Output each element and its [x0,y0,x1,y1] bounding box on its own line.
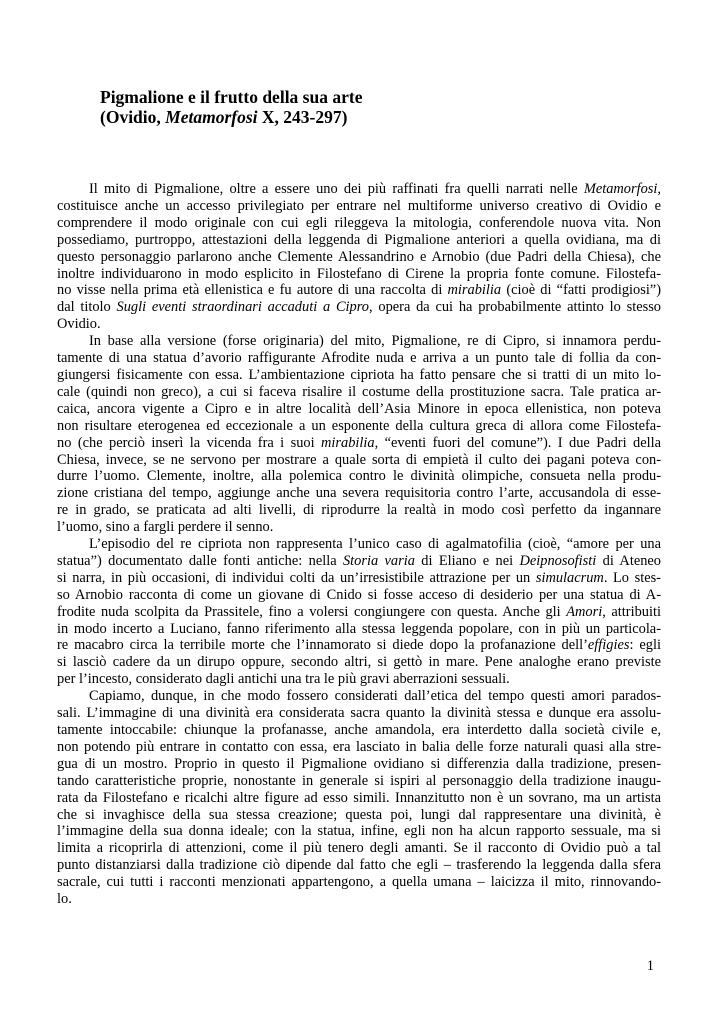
text-line: sali. L’immagine di una divinità era con… [57,705,661,722]
text-segment: Capiamo, dunque, in che modo fossero con… [89,688,661,704]
text-line: re macabro circa la terribile morte che … [57,637,661,654]
text-segment: re macabro circa la terribile morte che … [57,637,588,653]
text-segment: l’uomo, sino a fargli perdere il senno. [57,519,273,535]
text-segment: , attribuiti [602,604,661,620]
text-segment: frodite nuda scolpita da Prassitele, fin… [57,604,566,620]
italic-text-segment: Metamorfosi, [584,181,661,197]
text-line: so Arnobio racconta di come un giovane d… [57,587,661,604]
italic-text-segment: simulacrum [536,570,604,586]
text-segment: statua”) documentato dalle fonti antiche… [57,553,343,569]
text-segment: comprendere il modo originale con cui eg… [57,215,661,231]
text-line: lo. [57,891,661,908]
text-line: sacrale, cui tutti i racconti menzionati… [57,874,661,891]
text-segment: possediamo, purtroppo, attestazioni dell… [57,232,661,248]
title-line: Pigmalione e il frutto della sua arte [100,87,362,107]
text-line: no (che perciò inserì la vicenda fra i s… [57,435,661,452]
text-segment: in modo incerto a Luciano, fanno riferim… [57,621,661,637]
text-segment: no visse nella prima età ellenistica e f… [57,282,448,298]
text-line: tamente di una statua d’avorio raffigura… [57,350,661,367]
text-line: Chiesa, invece, se ne servono per mostra… [57,452,661,469]
text-line: dal titolo Sugli eventi straordinari acc… [57,299,661,316]
text-line: l’immagine della sua donna ideale; con l… [57,823,661,840]
text-line: che si invaghisce della sua stessa creaz… [57,807,661,824]
text-line: non potendo più entrare in contatto con … [57,739,661,756]
text-line: l’uomo, sino a fargli perdere il senno. [57,519,661,536]
text-segment: Ovidio. [57,316,101,332]
text-segment: Il mito di Pigmalione, oltre a essere un… [89,181,584,197]
paragraph: Capiamo, dunque, in che modo fossero con… [57,688,661,908]
text-segment: non potendo più entrare in contatto con … [57,739,661,755]
text-segment: , “eventi fuori del comune”). I due Padr… [375,435,661,451]
text-segment: cale (quindi non greco), a cui si faceva… [57,384,661,400]
italic-text-segment: Deipnosofisti [520,553,597,569]
text-segment: dal titolo [57,299,117,315]
text-segment: durre l’uomo. Clemente, inoltre, alla po… [57,468,661,484]
text-line: per l’incesto, considerato dagli antichi… [57,671,661,688]
page-number: 1 [57,958,654,975]
text-line: non risultare eterogenea ed eccezionale … [57,418,661,435]
text-segment: l’immagine della sua donna ideale; con l… [57,823,661,839]
text-segment: : egli [629,637,661,653]
text-segment: punto distanziarsi dalla tradizione ciò … [57,857,661,873]
text-line: inoltre individuarono in modo esplicito … [57,266,661,283]
text-segment: . Lo stes- [604,570,661,586]
text-segment: rata da Filostefano e ricalchi altre fig… [57,790,661,806]
italic-text-segment: Storia varia [343,553,415,569]
text-segment: Chiesa, invece, se ne servono per mostra… [57,452,661,468]
text-segment: re in grado, se praticata ad alti livell… [57,502,661,518]
text-segment: tamente di una statua d’avorio raffigura… [57,350,661,366]
text-line: possediamo, purtroppo, attestazioni dell… [57,232,661,249]
document-page: Pigmalione e il frutto della sua arte(Ov… [0,0,724,1024]
text-segment: X, 243-297) [258,107,348,127]
text-segment: inoltre individuarono in modo esplicito … [57,266,661,282]
text-line: gua di un mostro. Proprio in questo il P… [57,756,661,773]
document-body: Il mito di Pigmalione, oltre a essere un… [57,181,661,908]
text-segment: , opera da cui ha probabilmente attinto … [369,299,661,315]
text-segment: limita a ricoprirla di attenzioni, come … [57,840,661,856]
text-line: L’episodio del re cipriota non rappresen… [57,536,661,553]
text-segment: di Ateneo [596,553,661,569]
text-segment: (cioè di “fatti prodigiosi”) [501,282,661,298]
text-line: no visse nella prima età ellenistica e f… [57,282,661,299]
paragraph: L’episodio del re cipriota non rappresen… [57,536,661,688]
text-line: tando caratteristiche proprie, nonostant… [57,773,661,790]
text-line: durre l’uomo. Clemente, inoltre, alla po… [57,468,661,485]
text-segment: per l’incesto, considerato dagli antichi… [57,671,510,687]
text-segment: non risultare eterogenea ed eccezionale … [57,418,661,434]
text-line: tamente intoccabile: chiunque la profana… [57,722,661,739]
text-line: caica, ancora vigente a Cipro e in altre… [57,401,661,418]
text-segment: tando caratteristiche proprie, nonostant… [57,773,661,789]
text-segment: sali. L’immagine di una divinità era con… [57,705,661,721]
text-segment: Pigmalione e il frutto della sua arte [100,87,362,107]
text-segment: costituisce anche un accesso privilegiat… [57,198,661,214]
text-segment: tamente intoccabile: chiunque la profana… [57,722,661,738]
italic-text-segment: Metamorfosi [165,107,257,127]
italic-text-segment: Sugli eventi straordinari accaduti a Cip… [117,299,369,315]
text-segment: che si invaghisce della sua stessa creaz… [57,807,661,823]
text-line: giungersi fisicamente con essa. L’ambien… [57,367,661,384]
text-segment: L’episodio del re cipriota non rappresen… [89,536,661,552]
text-line: In base alla versione (forse originaria)… [57,333,661,350]
text-line: si narra, in più occasioni, di individui… [57,570,661,587]
text-segment: caica, ancora vigente a Cipro e in altre… [57,401,661,417]
text-segment: gua di un mostro. Proprio in questo il P… [57,756,661,772]
text-segment: lo. [57,891,72,907]
text-line: rata da Filostefano e ricalchi altre fig… [57,790,661,807]
text-segment: no (che perciò inserì la vicenda fra i s… [57,435,321,451]
text-line: punto distanziarsi dalla tradizione ciò … [57,857,661,874]
document-title: Pigmalione e il frutto della sua arte(Ov… [100,87,362,127]
paragraph: In base alla versione (forse originaria)… [57,333,661,536]
text-line: si lasciò cadere da un dirupo oppure, se… [57,654,661,671]
text-segment: si lasciò cadere da un dirupo oppure, se… [57,654,661,670]
text-line: costituisce anche un accesso privilegiat… [57,198,661,215]
italic-text-segment: Amori [566,604,602,620]
text-segment: giungersi fisicamente con essa. L’ambien… [57,367,661,383]
text-line: limita a ricoprirla di attenzioni, come … [57,840,661,857]
italic-text-segment: effigies [588,637,630,653]
text-segment: so Arnobio racconta di come un giovane d… [57,587,661,603]
text-line: Capiamo, dunque, in che modo fossero con… [57,688,661,705]
italic-text-segment: mirabilia [321,435,375,451]
text-line: comprendere il modo originale con cui eg… [57,215,661,232]
text-line: statua”) documentato dalle fonti antiche… [57,553,661,570]
text-line: cale (quindi non greco), a cui si faceva… [57,384,661,401]
text-line: questo personaggio parlarono anche Cleme… [57,249,661,266]
text-segment: zione cristiana del tempo, aggiunge anch… [57,485,661,501]
title-line: (Ovidio, Metamorfosi X, 243-297) [100,107,362,127]
text-line: zione cristiana del tempo, aggiunge anch… [57,485,661,502]
text-line: Il mito di Pigmalione, oltre a essere un… [57,181,661,198]
paragraph: Il mito di Pigmalione, oltre a essere un… [57,181,661,333]
text-segment: questo personaggio parlarono anche Cleme… [57,249,661,265]
italic-text-segment: mirabilia [448,282,502,298]
text-line: Ovidio. [57,316,661,333]
text-segment: (Ovidio, [100,107,165,127]
text-line: re in grado, se praticata ad alti livell… [57,502,661,519]
text-segment: In base alla versione (forse originaria)… [89,333,661,349]
text-line: frodite nuda scolpita da Prassitele, fin… [57,604,661,621]
text-segment: di Eliano e nei [415,553,520,569]
text-segment: sacrale, cui tutti i racconti menzionati… [57,874,661,890]
text-segment: si narra, in più occasioni, di individui… [57,570,536,586]
text-line: in modo incerto a Luciano, fanno riferim… [57,621,661,638]
